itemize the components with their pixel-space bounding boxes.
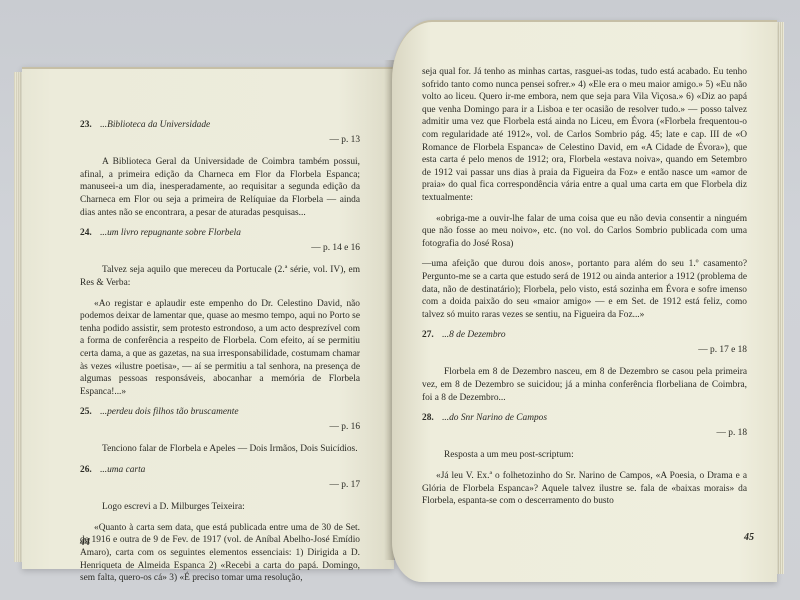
note-paragraph: Florbela em 8 de Dezembro nasceu, em 8 d…: [422, 366, 747, 404]
right-page-edges: [776, 22, 784, 574]
note-number: 25.: [80, 407, 92, 417]
note-title: ...perdeu dois filhos tão bruscamente: [100, 407, 238, 417]
note-title: ...8 de Dezembro: [442, 330, 505, 340]
note-26: 26. ...uma carta — p. 17 Logo escrevi a …: [80, 464, 360, 585]
note-page-ref: — p. 17 e 18: [422, 344, 747, 357]
note-page-ref: — p. 16: [80, 421, 360, 434]
note-title: ...uma carta: [100, 465, 145, 475]
note-paragraph: Logo escrevi a D. Milburges Teixeira:: [80, 501, 360, 514]
note-quote: «Quanto à carta sem data, que está publi…: [80, 522, 360, 585]
right-page-content: seja qual for. Já tenho as minhas cartas…: [422, 66, 747, 516]
continued-paragraph: seja qual for. Já tenho as minhas cartas…: [422, 66, 747, 205]
note-27: 27. ...8 de Dezembro — p. 17 e 18 Florbe…: [422, 329, 747, 404]
note-title: ...um livro repugnante sobre Florbela: [100, 228, 241, 238]
quoted-letter: «obriga-me a ouvir-lhe falar de uma cois…: [422, 213, 747, 251]
note-number: 28.: [422, 413, 434, 423]
note-number: 26.: [80, 465, 92, 475]
note-23: 23. ...Biblioteca da Universidade — p. 1…: [80, 119, 360, 219]
note-paragraph: A Biblioteca Geral da Universidade de Co…: [80, 156, 360, 219]
note-number: 24.: [80, 228, 92, 238]
left-page: 23. ...Biblioteca da Universidade — p. 1…: [22, 67, 394, 569]
note-28: 28. ...do Snr Narino de Campos — p. 18 R…: [422, 412, 747, 508]
note-paragraph: Talvez seja aquilo que mereceu da Portuc…: [80, 264, 360, 289]
page-number: 44: [80, 537, 90, 548]
note-page-ref: — p. 14 e 16: [80, 242, 360, 255]
note-paragraph: Resposta a um meu post-scriptum:: [422, 449, 747, 462]
open-book: 23. ...Biblioteca da Universidade — p. 1…: [0, 0, 800, 600]
note-24: 24. ...um livro repugnante sobre Florbel…: [80, 227, 360, 398]
note-number: 23.: [80, 120, 92, 130]
note-page-ref: — p. 18: [422, 427, 747, 440]
note-page-ref: — p. 17: [80, 479, 360, 492]
page-number: 45: [744, 532, 754, 543]
left-page-content: 23. ...Biblioteca da Universidade — p. 1…: [80, 119, 360, 593]
right-page: seja qual for. Já tenho as minhas cartas…: [392, 20, 777, 582]
note-title: ...do Snr Narino de Campos: [442, 413, 547, 423]
note-25: 25. ...perdeu dois filhos tão bruscament…: [80, 406, 360, 456]
continued-paragraph: —uma afeição que durou dois anos», porta…: [422, 258, 747, 321]
note-quote: «Já leu V. Ex.ª o folhetozinho do Sr. Na…: [422, 470, 747, 508]
note-number: 27.: [422, 330, 434, 340]
note-page-ref: — p. 13: [80, 134, 360, 147]
note-quote: «Ao registar e aplaudir este empenho do …: [80, 298, 360, 399]
note-paragraph: Tenciono falar de Florbela e Apeles — Do…: [80, 443, 360, 456]
note-title: ...Biblioteca da Universidade: [100, 120, 210, 130]
